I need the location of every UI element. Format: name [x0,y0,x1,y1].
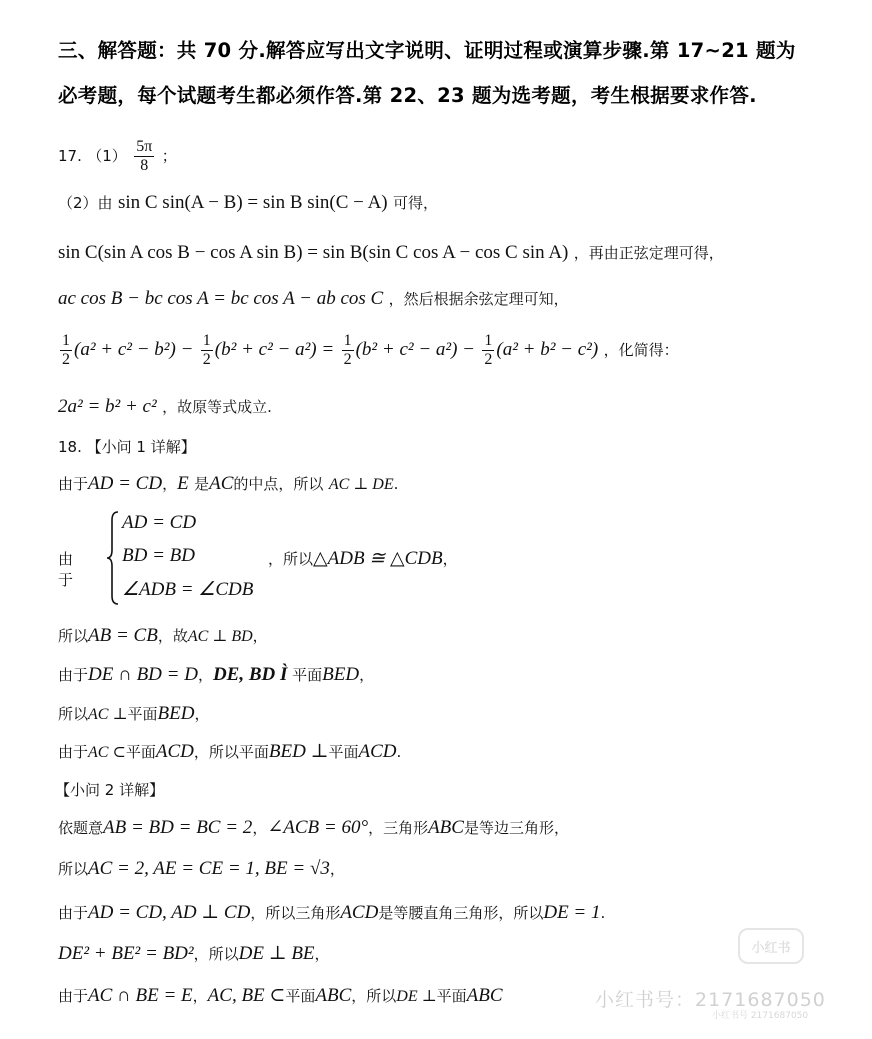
q17-part2-line2: sin C(sin A cos B − cos A sin B) = sin B… [58,242,724,264]
q17-part2-line1: （2）由 sin C sin(A − B) = sin B sin(C − A)… [58,192,438,214]
q17-part1: 17. （1） 5π 8 ； [58,138,177,175]
section-header-line1: 三、解答题：共 70 分.解答应写出文字说明、证明过程或演算步骤.第 17~21… [58,40,796,62]
q18-part2-line3: 由于AD = CD, AD ⊥ CD，所以三角形ACD是等腰直角三角形，所以DE… [58,902,605,924]
section-header-line2: 必考题，每个试题考生都必须作答.第 22、23 题为选考题，考生根据要求作答. [58,85,757,107]
q18-line3: 所以AB = CB，故AC ⊥ BD， [58,625,268,648]
q18-label: 18. 【小问 1 详解】 [58,436,196,458]
q18-line1: 由于AD = CD，E 是AC的中点，所以 AC ⊥ DE. [58,473,398,496]
q18-part2-line5: 由于AC ∩ BE = E，AC, BE ⊂平面ABC，所以DE ⊥平面ABC [58,985,503,1008]
q17-label: 17. [58,147,82,165]
q18-line4: 由于DE ∩ BD = D，DE, BD Ì 平面BED， [58,664,374,686]
q17-part2-line3: ac cos B − bc cos A = bc cos A − ab cos … [58,288,569,310]
q18-part2-line2: 所以AC = 2, AE = CE = 1, BE = √3， [58,858,345,880]
q17-part1-fraction: 5π 8 [134,138,154,175]
document-page: 三、解答题：共 70 分.解答应写出文字说明、证明过程或演算步骤.第 17~21… [0,0,872,1039]
q18-part2-line4: DE² + BE² = BD²，所以DE ⊥ BE， [58,943,330,965]
q17-part1-label: （1） [87,147,127,165]
q18-part2-line1: 依题意AB = BD = BC = 2，∠ACB = 60°，三角形ABC是等边… [58,817,569,839]
q18-line5: 所以AC ⊥平面BED， [58,703,209,726]
q18-part2-label: 【小问 2 详解】 [55,779,164,801]
q17-part2-line5: 2a² = b² + c² ，故原等式成立. [58,396,272,418]
q18-line6: 由于AC ⊂平面ACD，所以平面BED ⊥平面ACD. [58,741,401,764]
left-brace-icon [106,510,120,606]
q17-part2-line4: 12(a² + c² − b²) − 12(b² + c² − a²) = 12… [58,332,679,369]
watermark-subtext: 小红书号 2171687050 [712,1008,808,1021]
watermark-logo: 小红书 [738,928,804,964]
